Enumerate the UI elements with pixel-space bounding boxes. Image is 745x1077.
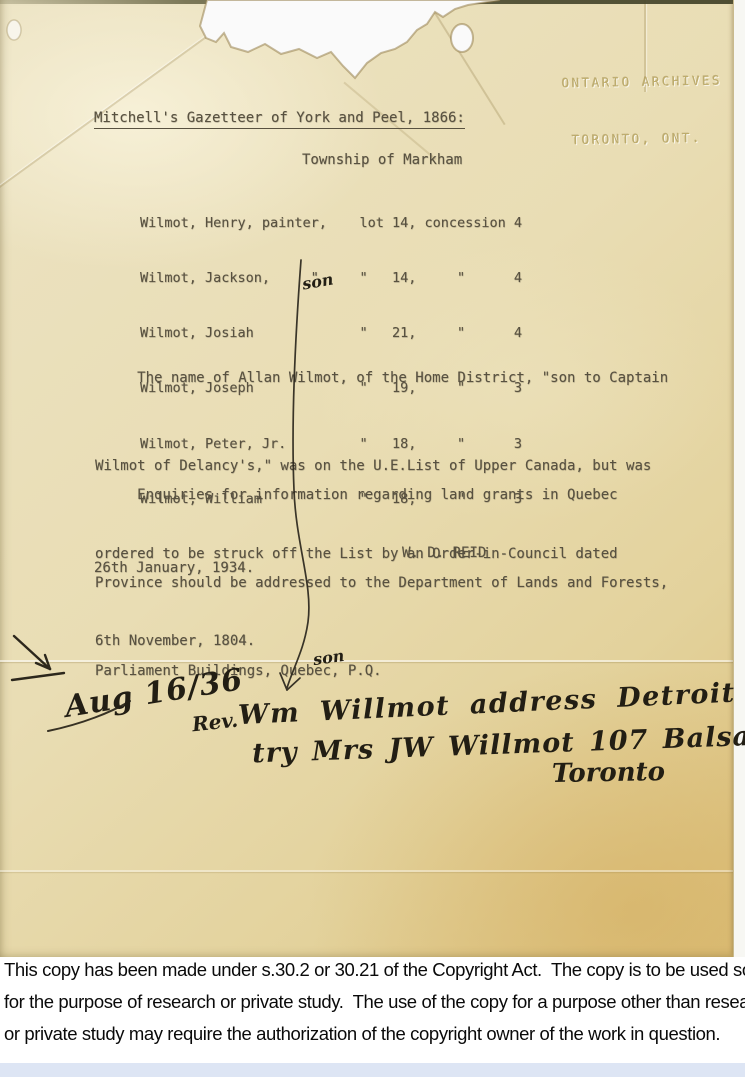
- archive-stamp: ONTARIO ARCHIVES TORONTO, ONT.: [561, 33, 724, 169]
- document-date: 26th January, 1934.: [94, 560, 254, 576]
- signature: W. D. REID: [402, 545, 486, 561]
- paper-nick: [7, 20, 21, 40]
- handwritten-rev: Rev.: [191, 708, 239, 737]
- handwritten-note-line-3: Toronto: [552, 757, 666, 789]
- copyright-notice: This copy has been made under s.30.2 or …: [0, 957, 745, 1077]
- document-title: Mitchell's Gazetteer of York and Peel, 1…: [94, 110, 465, 129]
- paragraph-line: Enquiries for information regarding land…: [95, 481, 668, 510]
- paper-hole: [451, 24, 473, 52]
- copyright-line-1: This copy has been made under s.30.2 or …: [4, 959, 745, 981]
- stamp-line-2: TORONTO, ONT.: [563, 128, 724, 150]
- paper-right-edge: [733, 0, 745, 957]
- horizontal-crease: [0, 870, 745, 872]
- document-subtitle: Township of Markham: [302, 152, 462, 168]
- copyright-line-2: for the purpose of research or private s…: [4, 991, 745, 1013]
- scanner-bed-strip: [0, 1063, 745, 1077]
- table-row: Wilmot, Henry, painter, lot 14, concessi…: [140, 214, 522, 232]
- stamp-line-1: ONTARIO ARCHIVES: [562, 71, 723, 93]
- copyright-line-3: or private study may require the authori…: [4, 1023, 720, 1045]
- paragraph-line: The name of Allan Wilmot, of the Home Di…: [95, 364, 668, 393]
